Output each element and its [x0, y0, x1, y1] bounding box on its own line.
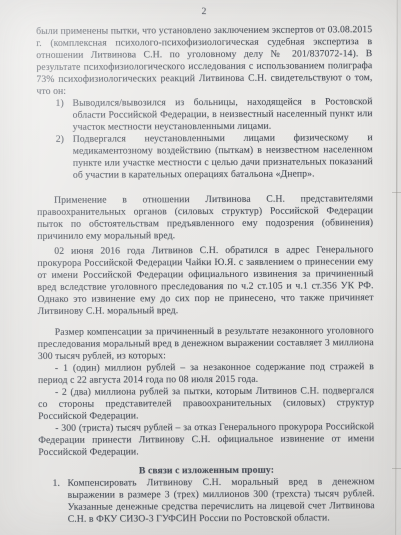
request-1-text: Компенсировать Литвинову С.Н. моральный …: [67, 476, 374, 526]
compensation-item-1: - 1 (один) миллион рублей – за незаконно…: [38, 361, 374, 387]
finding-2-number: 2): [56, 134, 73, 182]
underlying-page-edge-bottom: [392, 468, 401, 469]
finding-item-1: 1) Выводился/вывозился из больницы, нахо…: [36, 96, 372, 134]
request-1-number: 1.: [52, 478, 67, 526]
paragraph-expertise-conclusion: были применены пытки, что установлено за…: [36, 24, 372, 98]
document-photo: 2 были применены пытки, что установлено …: [0, 0, 401, 535]
finding-1-text: Выводился/вывозился из больницы, находящ…: [72, 96, 372, 134]
finding-item-2: 2) Подвергался неустановленными лицами ф…: [37, 132, 373, 182]
page-content: 2 были применены пытки, что установлено …: [36, 5, 375, 526]
finding-2-text: Подвергался неустановленными лицами физи…: [73, 132, 373, 182]
finding-1-number: 1): [55, 98, 72, 134]
paragraph-compensation-amount: Размер компенсации за причиненный в резу…: [38, 325, 374, 363]
paragraph-prosecutor-appeal: 02 июня 2016 года Литвинов С.Н. обратилс…: [37, 244, 373, 318]
page-number: 2: [36, 5, 372, 19]
request-item-1: 1. Компенсировать Литвинову С.Н. моральн…: [38, 476, 374, 526]
underlying-page-edge-top: [392, 192, 401, 193]
compensation-item-3: - 300 (триста) тысяч рублей – за отказ Г…: [38, 421, 374, 459]
compensation-item-2: - 2 (два) миллиона рублей за пытки, кото…: [38, 385, 374, 423]
paragraph-torture-application: Применение в отношении Литвинова С.Н. пр…: [37, 193, 373, 243]
